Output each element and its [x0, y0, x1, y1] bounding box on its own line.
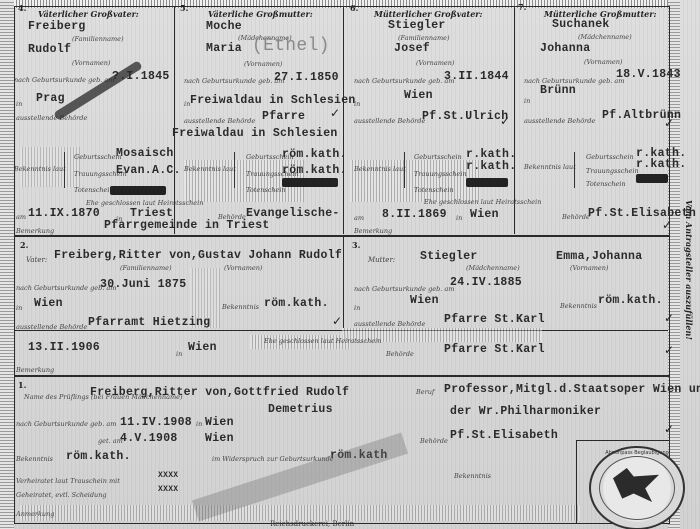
field-label: Bekenntnis: [560, 302, 597, 310]
check-icon: ✓: [332, 314, 342, 328]
grandmother-maternal-birth-place: Brünn: [540, 84, 576, 97]
field-label: Bekenntnis: [454, 472, 491, 480]
field-label: ausstellende Behörde: [16, 114, 87, 122]
grandparents-maternal-marriage-office: Pf.St.Elisabeth: [588, 207, 696, 220]
field-label: Anmerkung: [16, 510, 54, 518]
parents-marriage-date: 13.II.1906: [28, 341, 100, 354]
field-label: (Vornamen): [584, 58, 622, 66]
field-label: in: [354, 100, 360, 108]
grandparents-paternal-marriage-date: 11.IX.1870: [28, 207, 100, 220]
field-label: Behörde: [420, 437, 448, 445]
applicant-baptism-place: Wien: [205, 432, 234, 445]
field-label: Bekenntnis laut: [354, 165, 406, 173]
grandmother-paternal-birth-date: 27.I.1850: [274, 71, 339, 84]
grandmother-maternal-given-name: Johanna: [540, 42, 590, 55]
field-label: in: [524, 97, 530, 105]
field-label: Beruf: [416, 388, 434, 396]
field-label: nach Geburtsurkunde geb. am: [184, 77, 284, 85]
field-label: Behörde: [562, 213, 590, 221]
document-page: 4. Väterlicher Großvater: Freiberg (Fami…: [0, 0, 700, 529]
field-label: Totenschein: [246, 186, 286, 194]
field-label: in: [456, 214, 462, 222]
field-label: (Familienname): [398, 34, 450, 42]
mother-surname: Stiegler: [420, 250, 478, 263]
grandfather-paternal-birth-place: Prag: [36, 92, 65, 105]
field-label: (Vornamen): [224, 264, 262, 272]
office-line1: Pfarre: [262, 110, 305, 123]
grandmother-maternal-birth-date: 18.V.1843: [616, 68, 681, 81]
field-label: (Mädchenname): [578, 33, 632, 41]
grandparents-maternal-marriage-date: 8.II.1869: [382, 208, 447, 221]
check-icon: ✓: [664, 343, 674, 357]
margin-note: Vom Antragsteller auszufüllen!: [684, 200, 694, 340]
field-label: ausstellende Behörde: [184, 117, 255, 125]
check-icon: ✓: [664, 116, 674, 130]
field-label: ausstellende Behörde: [354, 117, 425, 125]
column-heading: Väterliche Großmutter:: [208, 9, 313, 19]
field-label: Trauungsschein: [414, 170, 467, 178]
field-label: in: [16, 304, 22, 312]
religion-value: r.kath.: [636, 158, 686, 171]
marriage-office-line2: Pfarrgemeinde in Triest: [104, 219, 270, 232]
field-label: am: [16, 213, 26, 221]
mother-religion: röm.kath.: [598, 294, 663, 307]
field-label: in: [176, 350, 182, 358]
column-heading: Mütterlicher Großvater:: [374, 9, 482, 19]
grandfather-maternal-office: Pf.St.Ulrich: [422, 110, 508, 123]
religion-value: r.kath.: [466, 160, 516, 173]
religion-value: röm.kath.: [282, 164, 347, 177]
entry-number: 6.: [350, 3, 358, 13]
field-label: (Vornamen): [416, 59, 454, 67]
row-divider: [14, 330, 668, 331]
field-label: nach Geburtsurkunde geb. am: [16, 420, 116, 428]
entry-number: 5.: [180, 3, 188, 13]
field-label: Geheiratet, evtl. Scheidung: [16, 491, 107, 499]
field-label: Ehe geschlossen laut Heiratsschein: [264, 337, 381, 345]
grandmother-paternal-surname: Moche: [206, 20, 242, 33]
applicant-occupation-line1: Professor,Mitgl.d.Staatsoper Wien und: [444, 383, 700, 396]
mother-birth-date: 24.IV.1885: [450, 276, 522, 289]
field-label: Geburtsschein: [414, 153, 462, 161]
column-heading: Väterlicher Großvater:: [38, 9, 139, 19]
bracket: [234, 152, 239, 188]
field-label: Behörde: [386, 350, 414, 358]
stamp-text: Ahnenpass Beglaubigung: [591, 450, 683, 456]
applicant-married-to: XXXX: [158, 471, 178, 480]
grandfather-paternal-given-name: Rudolf: [28, 43, 71, 56]
field-label: Bekenntnis laut: [184, 165, 236, 173]
check-icon: ✓: [500, 114, 510, 128]
field-label: (Vornamen): [244, 60, 282, 68]
applicant-baptism-date: 4.V.1908: [120, 432, 178, 445]
check-icon: ✓: [662, 218, 672, 232]
entry-number: 4.: [18, 3, 26, 13]
father-birth-place: Wien: [34, 297, 63, 310]
check-icon: ✓: [330, 106, 340, 120]
field-label: Bemerkung: [16, 366, 54, 374]
applicant-given-name-extra: Demetrius: [268, 403, 333, 416]
entry-number: 2.: [20, 240, 28, 250]
father-name: Freiberg,Ritter von,Gustav Johann Rudolf: [54, 249, 342, 262]
grandfather-maternal-given-name: Josef: [394, 42, 430, 55]
office-line2: Freiwaldau in Schlesien: [172, 127, 338, 140]
field-label: ausstellende Behörde: [524, 117, 595, 125]
field-label: Bekenntnis laut: [524, 163, 576, 171]
field-label: ausstellende Behörde: [354, 320, 425, 328]
entry-number: 1.: [18, 380, 26, 390]
column-divider: [343, 6, 344, 234]
field-label: (Familienname): [72, 35, 124, 43]
field-label: in: [354, 304, 360, 312]
grandfather-paternal-surname: Freiberg: [28, 20, 86, 33]
applicant-birth-date: 11.IV.1908: [120, 416, 192, 429]
check-icon: ✓: [664, 311, 674, 325]
field-label: Geburtsschein: [586, 153, 634, 161]
religion-value: röm.kath.: [282, 148, 347, 161]
grandmother-paternal-given-name: Maria: [206, 42, 242, 55]
parents-marriage-office: Pfarre St.Karl: [444, 343, 545, 356]
mother-birth-office: Pfarre St.Karl: [444, 313, 545, 326]
field-label: in: [196, 420, 202, 428]
field-label: Totenschein: [586, 180, 626, 188]
applicant-occupation-line2: der Wr.Philharmoniker: [450, 405, 601, 418]
check-icon: ✓: [664, 422, 674, 436]
mother-birth-place: Wien: [410, 294, 439, 307]
column-divider: [343, 236, 344, 328]
applicant-religion: röm.kath.: [66, 450, 131, 463]
field-label: Bekenntnis: [16, 455, 53, 463]
field-label: (Mädchenname): [466, 264, 520, 272]
redaction-bar: [636, 174, 668, 183]
applicant-name: Freiberg,Ritter von,Gottfried Rudolf: [90, 386, 349, 399]
father-birth-date: 30.Juni 1875: [100, 278, 186, 291]
hatch: [20, 505, 580, 521]
religion-value: Evan.A.C.: [116, 164, 181, 177]
applicant-married-to-2: XXXX: [158, 485, 178, 494]
field-label: Totenschein: [74, 186, 114, 194]
field-label: (Vornamen): [72, 59, 110, 67]
applicant-birth-place: Wien: [205, 416, 234, 429]
grandfather-maternal-surname: Stiegler: [388, 19, 446, 32]
field-label: Trauungsschein: [586, 167, 639, 175]
parents-marriage-place: Wien: [188, 341, 217, 354]
field-label: Bekenntnis: [222, 303, 259, 311]
grandmother-paternal-given-name-extra: (Ethel): [252, 36, 330, 56]
grandfather-maternal-birth-place: Wien: [404, 89, 433, 102]
religion-value: Mosaisch: [116, 147, 174, 160]
field-label: in: [16, 100, 22, 108]
field-label: Mutter:: [368, 256, 395, 264]
field-label: ausstellende Behörde: [16, 323, 87, 331]
field-label: Bemerkung: [354, 227, 392, 235]
grandmother-maternal-surname: Suchanek: [552, 18, 610, 31]
field-label: am: [354, 214, 364, 222]
field-label: (Familienname): [120, 264, 172, 272]
grandparents-maternal-marriage-place: Wien: [470, 208, 499, 221]
field-label: Verheiratet laut Trauschein mit: [16, 477, 120, 485]
field-label: Bemerkung: [16, 227, 54, 235]
applicant-office: Pf.St.Elisabeth: [450, 429, 558, 442]
field-label: Bekenntnis laut: [14, 165, 66, 173]
mother-given-name: Emma,Johanna: [556, 250, 642, 263]
field-label: nach Geburtsurkunde geb. am: [354, 285, 454, 293]
father-birth-office: Pfarramt Hietzing: [88, 316, 210, 329]
grandfather-maternal-birth-date: 3.II.1844: [444, 70, 509, 83]
bracket: [64, 152, 69, 188]
redaction-bar: [110, 186, 166, 195]
scan-margin-left: [0, 0, 14, 529]
field-label: nach Geburtsurkunde geb. am: [354, 77, 454, 85]
entry-number: 7.: [518, 2, 526, 12]
redaction-bar: [282, 178, 338, 187]
official-stamp: Ahnenpass Beglaubigung: [589, 446, 685, 529]
father-religion: röm.kath.: [264, 297, 329, 310]
redaction-bar: [466, 178, 508, 187]
field-label: (Vornamen): [570, 264, 608, 272]
field-label: Ehe geschlossen laut Heiratsschein: [86, 199, 203, 207]
field-label: Ehe geschlossen laut Heiratsschein: [424, 198, 541, 206]
field-label: Geburtsschein: [74, 153, 122, 161]
bracket: [404, 152, 409, 188]
entry-number: 3.: [352, 240, 360, 250]
bracket: [574, 152, 579, 188]
field-label: Totenschein: [414, 186, 454, 194]
printer-imprint: Reichsdruckerei, Berlin: [270, 520, 354, 528]
field-label: Vater:: [26, 256, 47, 264]
